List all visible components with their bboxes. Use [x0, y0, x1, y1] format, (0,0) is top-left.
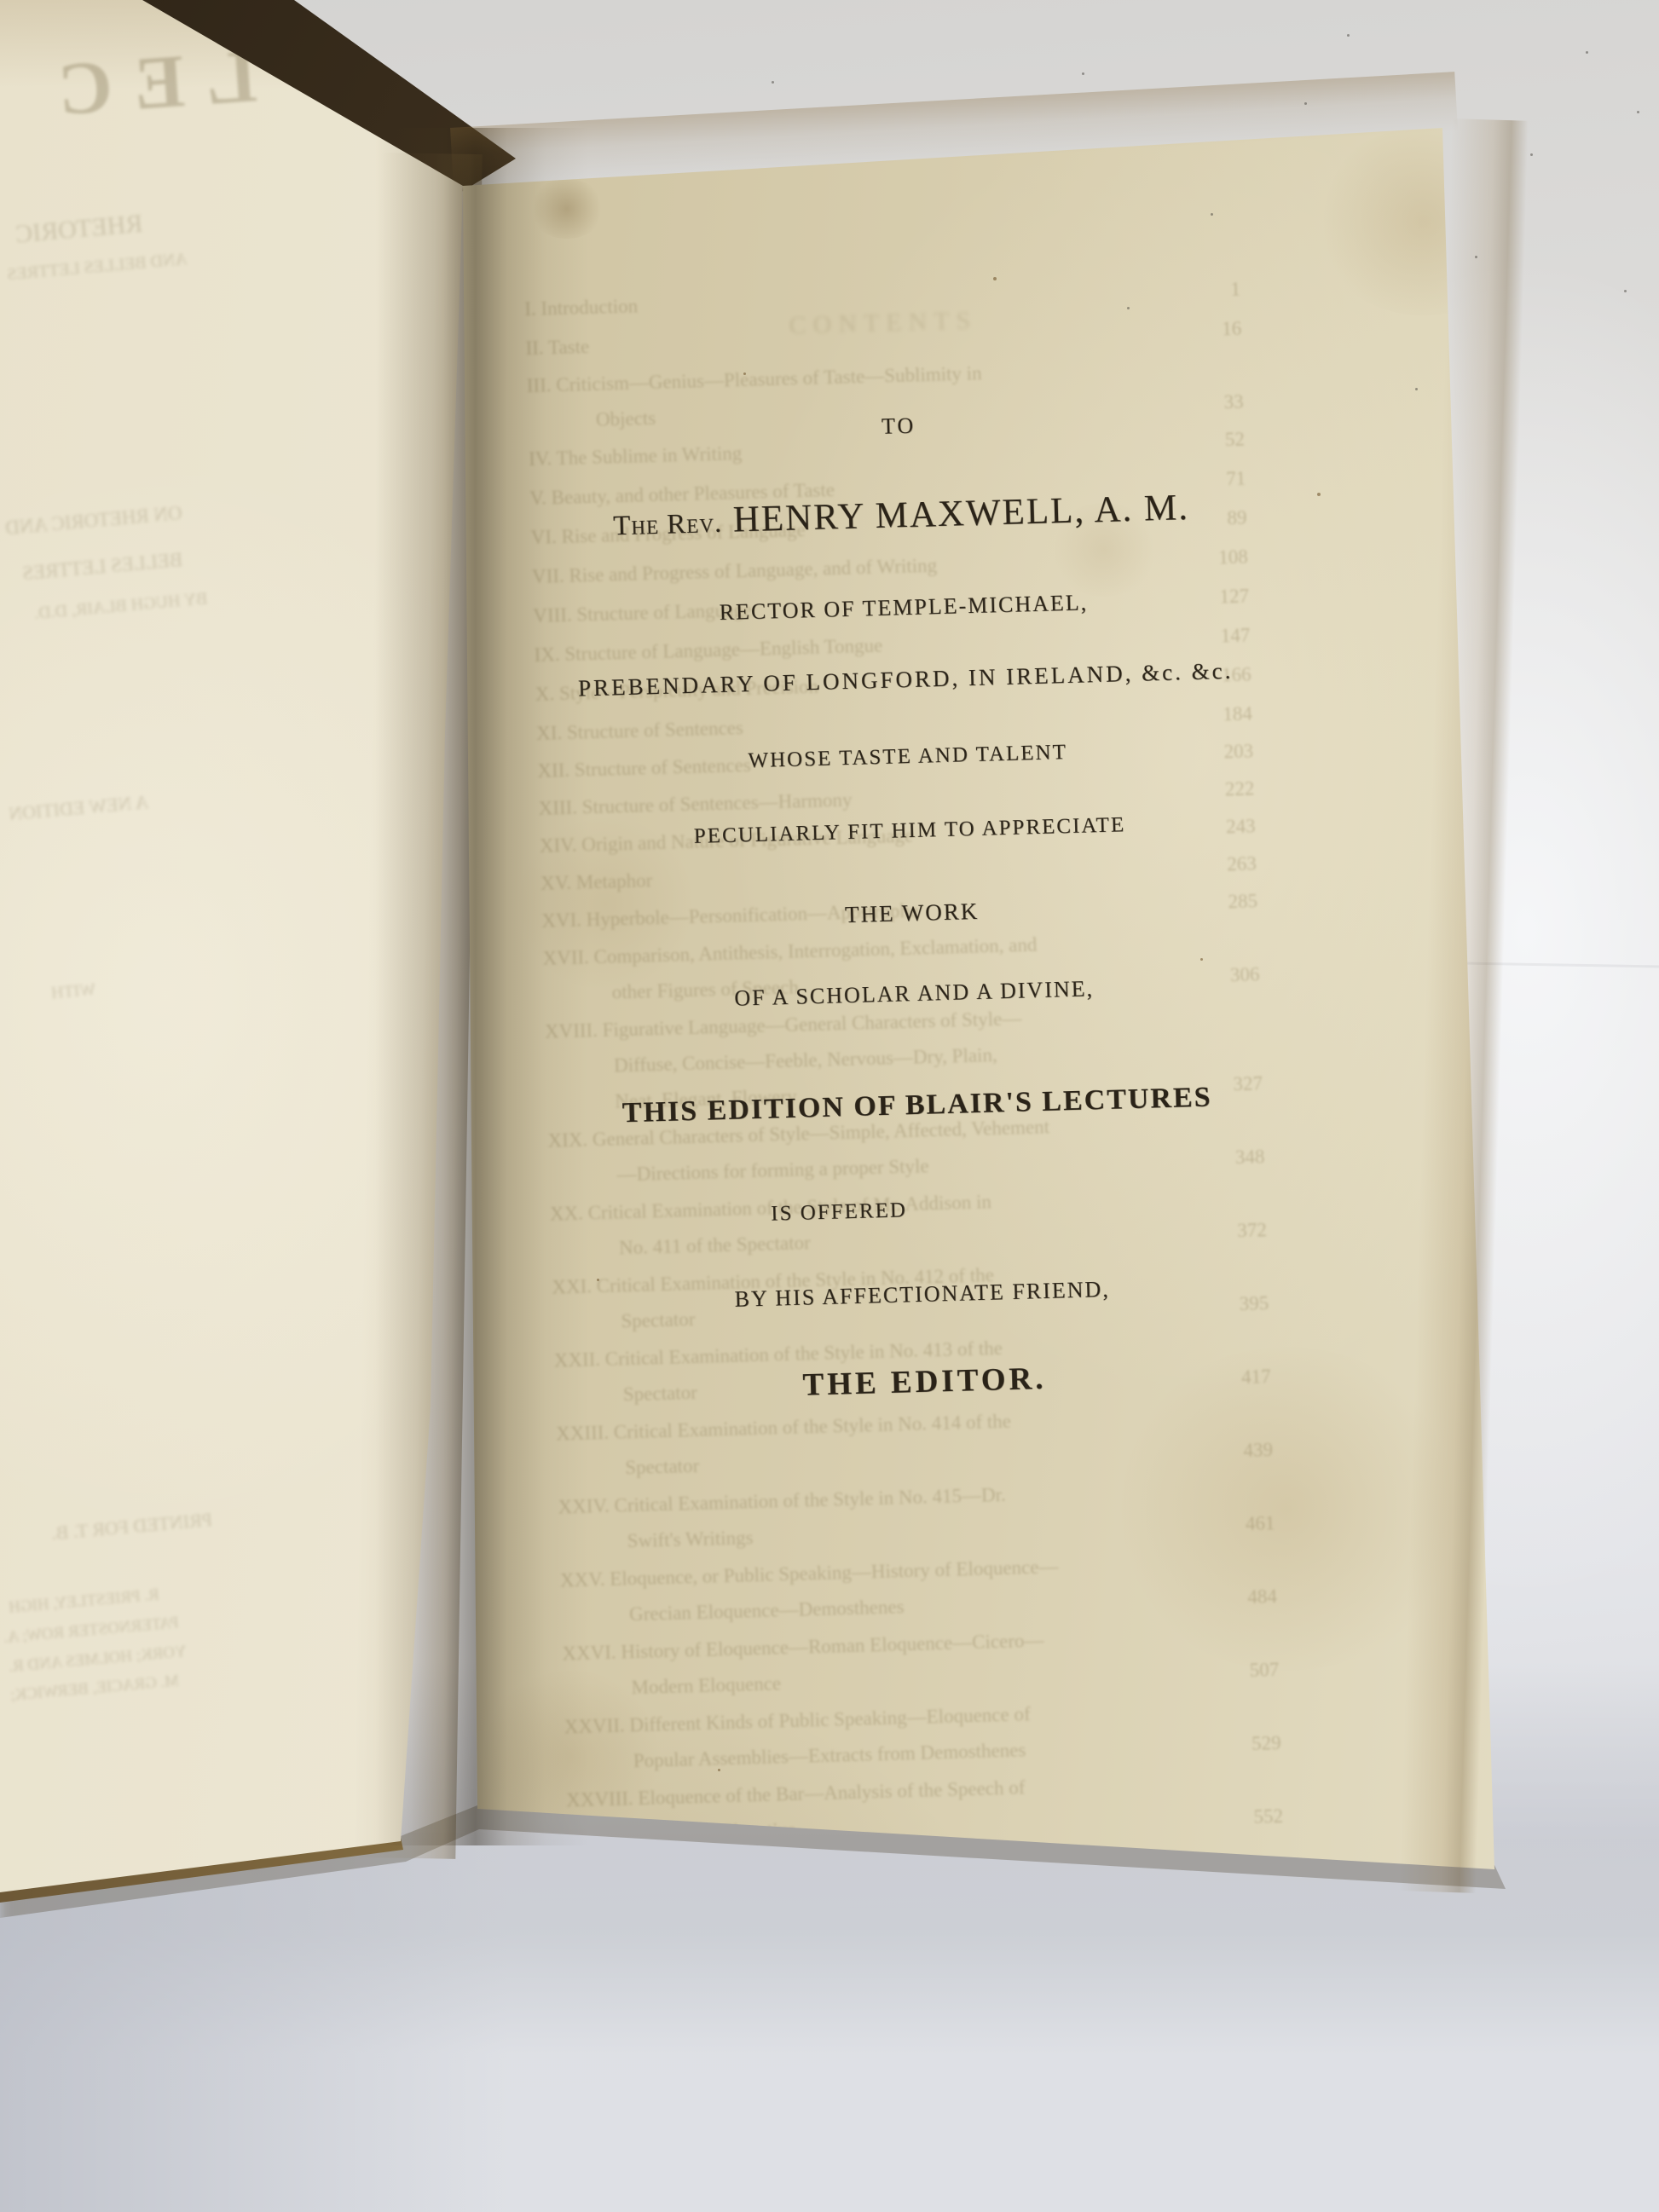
left-page-ghost-line: A NEW EDITION — [8, 791, 149, 825]
ghost-contents-line: XXVI. History of Eloquence—Roman Eloquen… — [562, 1623, 1278, 1665]
foxing-speck — [743, 373, 746, 375]
ghost-page-number: 16 — [1222, 318, 1242, 341]
dust-speck — [1530, 153, 1533, 156]
dedication-line-whose: WHOSE TASTE AND TALENT — [498, 734, 1316, 780]
dust-speck — [1624, 290, 1627, 292]
dust-speck — [772, 81, 774, 84]
foxing-speck — [1317, 493, 1321, 496]
dedication-text: TO The Rev. HENRY MAXWELL, A. M. RECTOR … — [488, 364, 1337, 1485]
left-page-ghost-line: M. GRACIE, BERWICK; — [9, 1672, 180, 1705]
ghost-contents-line: XXV. Eloquence, or Public Speaking—Histo… — [560, 1550, 1276, 1591]
ghost-contents-line: Grecian Eloquence—Demosthenes484 — [629, 1585, 1277, 1626]
dedication-name: HENRY MAXWELL, A. M. — [732, 488, 1189, 540]
dust-speck — [1127, 307, 1130, 309]
dust-speck — [1475, 256, 1477, 258]
dedication-line-scholar: OF A SCHOLAR AND A DIVINE, — [505, 970, 1323, 1018]
left-page-ghost-line: ON RHETORIC AND — [4, 502, 182, 540]
ghost-contents-line: Swift's Writings461 — [627, 1512, 1275, 1552]
foxing-speck — [993, 277, 997, 280]
book-photo: LEC RHETORICAND BELLES LETTRESON RHETORI… — [0, 0, 1659, 2212]
ghost-contents-line: Popular Assemblies—Extracts from Demosth… — [633, 1732, 1281, 1772]
dedication-line-name: The Rev. HENRY MAXWELL, A. M. — [492, 483, 1311, 547]
dust-speck — [1304, 102, 1307, 105]
left-page-ghost-line: YORK; HOLMES AND R. — [8, 1643, 187, 1677]
dedication-line-edition: THIS EDITION OF BLAIR'S LECTURES — [507, 1078, 1327, 1133]
dedication-line-to: TO — [489, 402, 1308, 450]
dedication-line-offered: IS OFFERED — [511, 1187, 1329, 1233]
ghost-contents-line: Modern Eloquence507 — [631, 1659, 1279, 1699]
dedication-line-peculiarly: PECULIARLY FIT HIM TO APPRECIATE — [500, 808, 1319, 854]
dedication-line-friend: BY HIS AFFECTIONATE FRIEND, — [513, 1271, 1332, 1319]
ghost-page-number: 484 — [1247, 1585, 1277, 1608]
dedication-line-work: THE WORK — [502, 889, 1321, 938]
ghost-page-number: 1 — [1230, 279, 1240, 301]
left-page-ghost-line: AND BELLES LETTRES — [6, 250, 188, 285]
left-page-ghost-line: R. PRIESTLEY, HIGH — [8, 1585, 159, 1617]
dedication-line-editor: THE EDITOR. — [515, 1353, 1334, 1412]
left-page-ghost-line: RHETORIC — [14, 210, 144, 250]
ghost-page-number: 461 — [1246, 1512, 1275, 1535]
dedication-honorific: The Rev. — [613, 508, 723, 541]
left-page-ghost-line: PRINTED FOR T. B. — [50, 1509, 213, 1545]
foxing-speck — [718, 1769, 720, 1771]
dust-speck — [1211, 213, 1213, 216]
dust-speck — [1415, 388, 1418, 390]
ghost-contents-line: XXIV. Critical Examination of the Style … — [558, 1476, 1274, 1518]
ghost-contents-line: XXVIII. Eloquence of the Bar—Analysis of… — [566, 1770, 1282, 1811]
dust-speck — [1347, 34, 1350, 37]
dust-speck — [1586, 51, 1588, 54]
ghost-page-number: 507 — [1249, 1659, 1279, 1682]
left-page-ghost-line: BY HUGH BLAIR, D.D. — [33, 589, 208, 624]
ghost-page-number: 552 — [1253, 1805, 1283, 1828]
left-page-ghost-line: WITH — [50, 980, 96, 1003]
left-page-ghost-title: LEC — [33, 33, 259, 135]
dedication-line-prebendary: PREBENDARY OF LONGFORD, IN IRELAND, &c. … — [496, 656, 1315, 704]
dust-speck — [1637, 111, 1639, 113]
dust-speck — [1082, 72, 1084, 75]
ghost-contents-line: XXVII. Different Kinds of Public Speakin… — [564, 1696, 1280, 1738]
ghost-contents-lines: I. Introduction1II. Taste16III. Criticis… — [489, 245, 1274, 268]
dedication-line-rector: RECTOR OF TEMPLE-MICHAEL, — [494, 584, 1313, 632]
ghost-page-number: 529 — [1251, 1732, 1281, 1755]
left-page-ghost-line: PATERNOSTER ROW; A. — [3, 1614, 179, 1648]
left-page-ghost-line: BELLES LETTRES — [21, 549, 183, 585]
